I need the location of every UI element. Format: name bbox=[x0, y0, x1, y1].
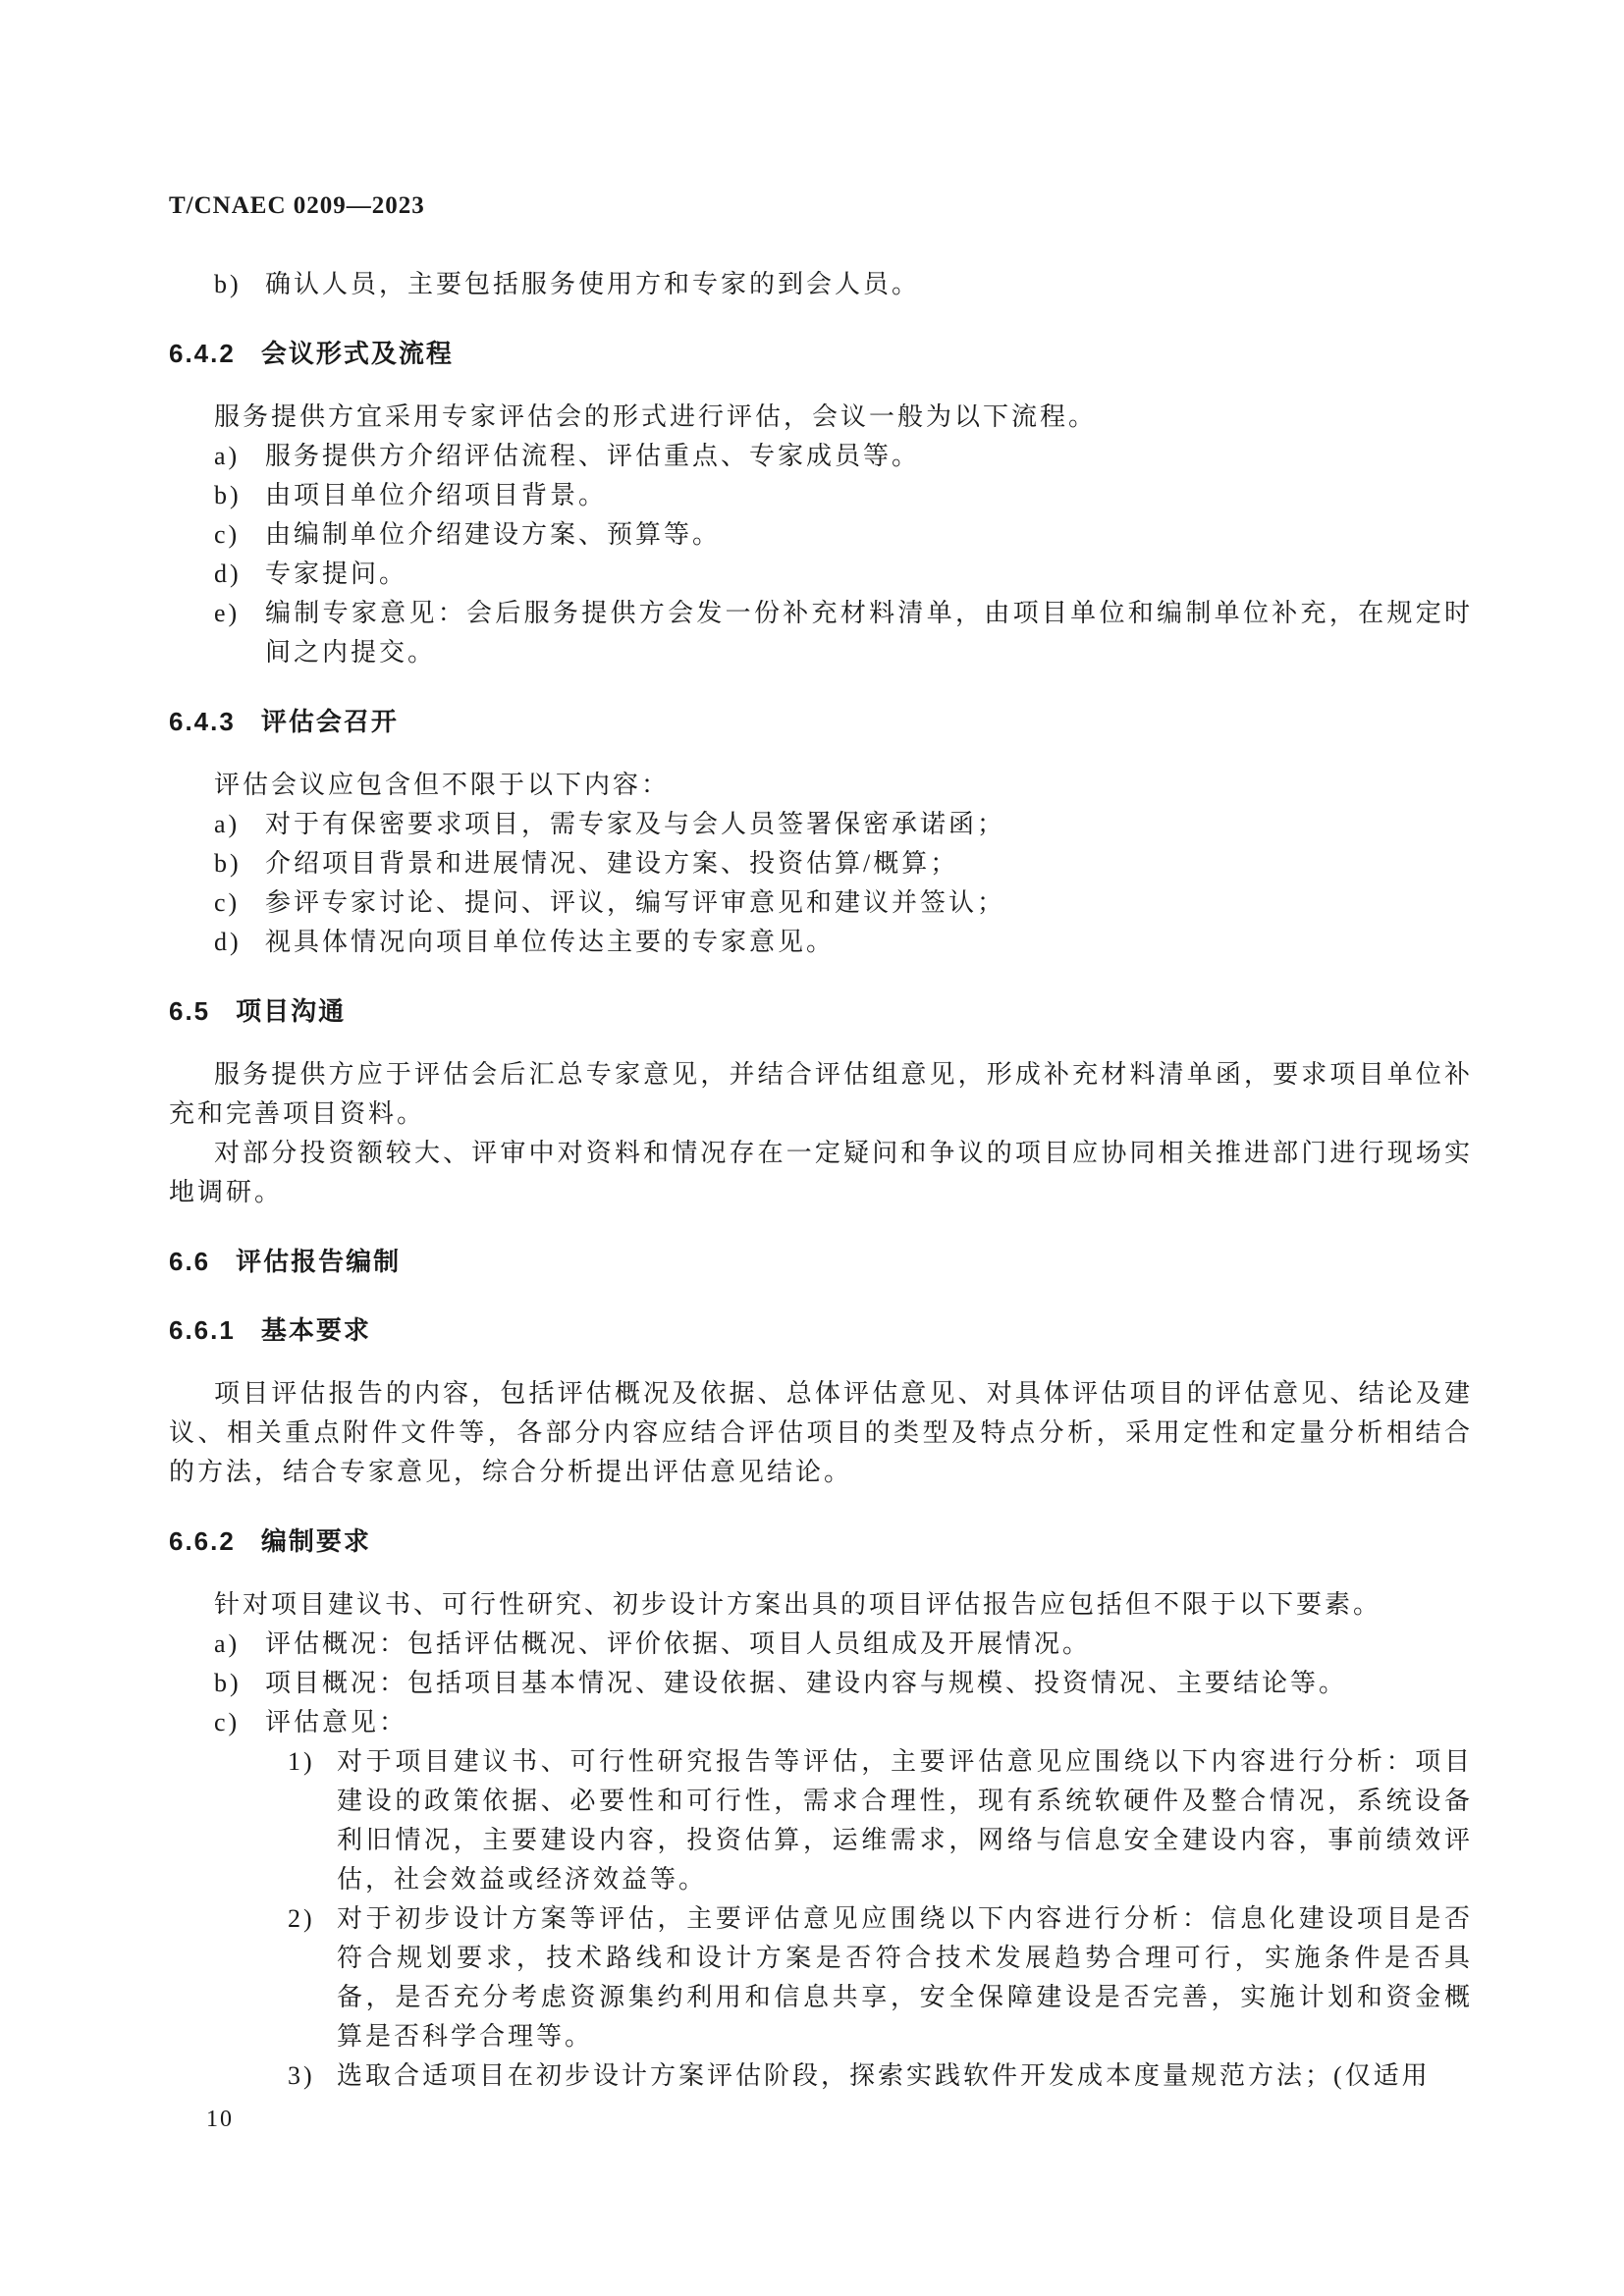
list-item-marker: b) bbox=[214, 844, 242, 883]
paragraph: 服务提供方宜采用专家评估会的形式进行评估，会议一般为以下流程。 bbox=[169, 398, 1473, 437]
list-item-text: 对于初步设计方案等评估，主要评估意见应围绕以下内容进行分析：信息化建设项目是否符… bbox=[337, 1904, 1473, 2051]
clause-title: 编制要求 bbox=[261, 1526, 371, 1556]
clause-title: 会议形式及流程 bbox=[261, 339, 454, 368]
list-item: a)服务提供方介绍评估流程、评估重点、专家成员等。 bbox=[169, 437, 1473, 476]
clause-number: 6.6.2 bbox=[169, 1526, 236, 1556]
paragraph: 评估会议应包含但不限于以下内容： bbox=[169, 766, 1473, 805]
list-item-text: 评估意见： bbox=[265, 1708, 407, 1736]
list-item-marker: a) bbox=[214, 1625, 240, 1664]
list-item-marker: d) bbox=[214, 555, 242, 594]
list-item-marker: 2) bbox=[288, 1899, 315, 1939]
list-item: a)对于有保密要求项目，需专家及与会人员签署保密承诺函； bbox=[169, 805, 1473, 844]
paragraph: 对部分投资额较大、评审中对资料和情况存在一定疑问和争议的项目应协同相关推进部门进… bbox=[169, 1134, 1473, 1212]
list-item: e)编制专家意见：会后服务提供方会发一份补充材料清单，由项目单位和编制单位补充，… bbox=[169, 594, 1473, 672]
clause-title: 项目沟通 bbox=[236, 996, 346, 1026]
list-item-marker: a) bbox=[214, 805, 240, 844]
list-item-text: 对于项目建议书、可行性研究报告等评估，主要评估意见应围绕以下内容进行分析：项目建… bbox=[337, 1747, 1473, 1894]
list-item-marker: b) bbox=[214, 1664, 242, 1703]
document-page: T/CNAEC 0209—2023 b)确认人员，主要包括服务使用方和专家的到会… bbox=[0, 0, 1624, 2296]
clause-heading-6-6-1: 6.6.1基本要求 bbox=[169, 1310, 1473, 1350]
paragraph: 项目评估报告的内容，包括评估概况及依据、总体评估意见、对具体评估项目的评估意见、… bbox=[169, 1374, 1473, 1492]
list-item-marker: b) bbox=[214, 265, 242, 304]
list-item-text: 服务提供方介绍评估流程、评估重点、专家成员等。 bbox=[265, 442, 920, 470]
list-item-marker: c) bbox=[214, 883, 240, 923]
list-item-text: 确认人员，主要包括服务使用方和专家的到会人员。 bbox=[265, 270, 920, 298]
clause-title: 评估报告编制 bbox=[236, 1247, 401, 1276]
clause-number: 6.4.2 bbox=[169, 339, 236, 368]
list-item-text: 由编制单位介绍建设方案、预算等。 bbox=[265, 520, 721, 549]
list-item: a)评估概况：包括评估概况、评价依据、项目人员组成及开展情况。 bbox=[169, 1625, 1473, 1664]
clause-heading-6-5: 6.5项目沟通 bbox=[169, 991, 1473, 1031]
list-item-marker: c) bbox=[214, 1703, 240, 1742]
clause-heading-6-4-3: 6.4.3评估会召开 bbox=[169, 702, 1473, 741]
clause-number: 6.6 bbox=[169, 1247, 210, 1276]
list-item: b)介绍项目背景和进展情况、建设方案、投资估算/概算； bbox=[169, 844, 1473, 883]
clause-number: 6.5 bbox=[169, 996, 210, 1026]
paragraph: 针对项目建议书、可行性研究、初步设计方案出具的项目评估报告应包括但不限于以下要素… bbox=[169, 1585, 1473, 1625]
clause-heading-6-6: 6.6评估报告编制 bbox=[169, 1242, 1473, 1281]
list-item-marker: c) bbox=[214, 515, 240, 555]
sub-list-item: 3)选取合适项目在初步设计方案评估阶段，探索实践软件开发成本度量规范方法；(仅适… bbox=[169, 2056, 1473, 2096]
list-item-text: 对于有保密要求项目，需专家及与会人员签署保密承诺函； bbox=[265, 810, 1005, 838]
clause-heading-6-6-2: 6.6.2编制要求 bbox=[169, 1522, 1473, 1561]
list-item-text: 编制专家意见：会后服务提供方会发一份补充材料清单，由项目单位和编制单位补充，在规… bbox=[265, 599, 1473, 667]
page-body: b)确认人员，主要包括服务使用方和专家的到会人员。 6.4.2会议形式及流程 服… bbox=[169, 265, 1473, 2096]
list-item-marker: e) bbox=[214, 594, 240, 633]
list-item-text: 参评专家讨论、提问、评议，编写评审意见和建议并签认； bbox=[265, 888, 1005, 917]
list-item-text: 由项目单位介绍项目背景。 bbox=[265, 481, 607, 509]
list-item: c)评估意见： bbox=[169, 1703, 1473, 1742]
list-item-marker: 3) bbox=[288, 2056, 315, 2096]
list-item: d)视具体情况向项目单位传达主要的专家意见。 bbox=[169, 923, 1473, 962]
list-item-text: 项目概况：包括项目基本情况、建设依据、建设内容与规模、投资情况、主要结论等。 bbox=[265, 1669, 1347, 1697]
list-item-marker: a) bbox=[214, 437, 240, 476]
list-item-marker: b) bbox=[214, 476, 242, 515]
list-item-marker: d) bbox=[214, 923, 242, 962]
page-number: 10 bbox=[206, 2107, 234, 2133]
sub-list-item: 2)对于初步设计方案等评估，主要评估意见应围绕以下内容进行分析：信息化建设项目是… bbox=[169, 1899, 1473, 2056]
list-item: d)专家提问。 bbox=[169, 555, 1473, 594]
list-item-text: 视具体情况向项目单位传达主要的专家意见。 bbox=[265, 928, 835, 956]
list-item: b)由项目单位介绍项目背景。 bbox=[169, 476, 1473, 515]
paragraph: 服务提供方应于评估会后汇总专家意见，并结合评估组意见，形成补充材料清单函，要求项… bbox=[169, 1055, 1473, 1134]
clause-number: 6.6.1 bbox=[169, 1315, 236, 1345]
clause-number: 6.4.3 bbox=[169, 707, 236, 736]
list-item-marker: 1) bbox=[288, 1742, 315, 1782]
clause-heading-6-4-2: 6.4.2会议形式及流程 bbox=[169, 334, 1473, 373]
list-item-text: 选取合适项目在初步设计方案评估阶段，探索实践软件开发成本度量规范方法；(仅适用 bbox=[337, 2061, 1431, 2090]
clause-title: 评估会召开 bbox=[261, 707, 399, 736]
standard-number-header: T/CNAEC 0209—2023 bbox=[169, 192, 425, 220]
list-item: c)由编制单位介绍建设方案、预算等。 bbox=[169, 515, 1473, 555]
list-item: c)参评专家讨论、提问、评议，编写评审意见和建议并签认； bbox=[169, 883, 1473, 923]
list-item: b)项目概况：包括项目基本情况、建设依据、建设内容与规模、投资情况、主要结论等。 bbox=[169, 1664, 1473, 1703]
list-item-text: 评估概况：包括评估概况、评价依据、项目人员组成及开展情况。 bbox=[265, 1629, 1091, 1658]
list-item-text: 介绍项目背景和进展情况、建设方案、投资估算/概算； bbox=[265, 849, 958, 878]
sub-list-item: 1)对于项目建议书、可行性研究报告等评估，主要评估意见应围绕以下内容进行分析：项… bbox=[169, 1742, 1473, 1899]
clause-title: 基本要求 bbox=[261, 1315, 371, 1345]
list-item: b)确认人员，主要包括服务使用方和专家的到会人员。 bbox=[169, 265, 1473, 304]
list-item-text: 专家提问。 bbox=[265, 560, 407, 588]
